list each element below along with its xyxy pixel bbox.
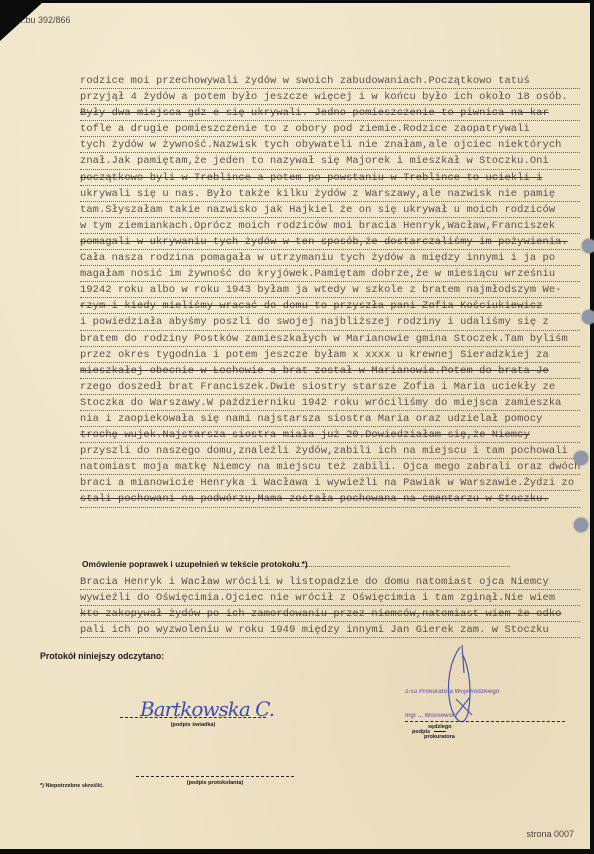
witness-caption: (podpis świadka) <box>120 722 266 728</box>
text-line: braci a mianowicie Henryka i Wacława i w… <box>80 475 580 491</box>
document-page: ...bu 392/866 rodzice moi przechowywali … <box>0 3 590 849</box>
text-line: Cała nasza rodzina pomagała w utrzymaniu… <box>80 250 580 266</box>
text-line: Bracia Henryk i Wacław wrócili w listopa… <box>80 574 580 590</box>
text-line: mieszkałej obecnie w Łochowie a brat zos… <box>80 363 580 379</box>
signer-caption-bottom: prokuratora <box>424 734 454 740</box>
punch-hole <box>582 239 594 253</box>
text-line: przyjął 4 żydów a potem było jeszcze wię… <box>80 89 580 105</box>
text-line: Były dwa miejsca gdz e się ukrywali. Jed… <box>80 105 580 121</box>
footnote: *) Niepotrzebne skreślić. <box>40 783 104 789</box>
text-line: pali ich po wyzwoleniu w roku 1949 międz… <box>80 622 580 638</box>
text-line: w tym ziemiankach.Oprócz moich rodziców … <box>80 218 580 234</box>
text-line: tam.Słyszałam takie nazwisko jak Hajkiel… <box>80 202 580 218</box>
page-number: strona 0007 <box>526 829 574 839</box>
stamp-line-2: mgr ... Wiśniewski <box>405 713 457 719</box>
text-line: magałam nosić im żywność do kryjówek.Pam… <box>80 266 580 282</box>
prosecutor-signature-line <box>405 721 565 722</box>
prosecutor-signature <box>442 643 478 733</box>
amendments-dotted-line <box>290 566 510 567</box>
witness-signature-line <box>120 717 266 718</box>
text-line: bratem do rodziny Postków zamieszkałych … <box>80 331 580 347</box>
text-line: ukrywali się u nas. Było także kilku żyd… <box>80 186 580 202</box>
text-line: stali pochowani na podwórzu,Mama została… <box>80 491 580 507</box>
text-line: znał.Jak pamiętam,że jeden to nazywał si… <box>80 153 580 169</box>
text-line: natomiast moja matkę Niemcy na miejscu t… <box>80 459 580 475</box>
amendments-text: Bracia Henryk i Wacław wrócili w listopa… <box>80 574 580 638</box>
text-line: rodzice moi przechowywali żydów w swoich… <box>80 73 580 89</box>
text-line: nia i zaopiekowała się nami najstarsza s… <box>80 411 580 427</box>
clerk-caption: (podpis protokolanta) <box>136 780 294 786</box>
text-line: 19242 roku albo w roku 1943 byłam ja wte… <box>80 282 580 298</box>
punch-hole <box>582 310 594 324</box>
clerk-signature-line <box>136 776 294 777</box>
text-line: rzym i kiedy mieliśmy wracać do domu to … <box>80 298 580 314</box>
amendments-label: Omówienie poprawek i uzupełnień w tekści… <box>82 559 308 569</box>
text-line: pomagali w ukrywaniu tych żydów w ten sp… <box>80 234 580 250</box>
punch-hole <box>574 518 588 532</box>
text-line: tych żydów w żywność.Nazwisk tych obywat… <box>80 137 580 153</box>
text-line: Stoczka do Warszawy.W październiku 1942 … <box>80 395 580 411</box>
archive-reference: ...bu 392/866 <box>18 15 71 25</box>
text-line: wywieźli do Oświęcimia.Ojciec nie wrócił… <box>80 590 580 606</box>
signer-caption-top: sędziego <box>428 724 448 730</box>
stamp-line-1: Z-ca Prokuratora Wojewódzkiego <box>405 689 500 695</box>
text-line: początkowo byli w Treblince a potem po p… <box>80 170 580 186</box>
text-line: przyszli do naszego domu,znaleźli żydów,… <box>80 443 580 459</box>
signer-fraction-line <box>434 731 446 732</box>
text-line: przez okres tygodnia i potem jeszcze był… <box>80 347 580 363</box>
text-line: trochę wujek.Najstarsza siostra miała ju… <box>80 427 580 443</box>
testimony-body: rodzice moi przechowywali żydów w swoich… <box>80 73 580 508</box>
read-label: Protokół niniejszy odczytano: <box>40 651 164 661</box>
text-line: kto zakopywał żydów po ich zamordowaniu … <box>80 606 580 622</box>
text-line: tofle a drugie pomieszczenie to z obory … <box>80 121 580 137</box>
punch-hole <box>574 451 588 465</box>
text-line: rzego doszedł brat Franciszek.Dwie siost… <box>80 379 580 395</box>
text-line: i powiedziała abyśmy poszli do swojej na… <box>80 314 580 330</box>
